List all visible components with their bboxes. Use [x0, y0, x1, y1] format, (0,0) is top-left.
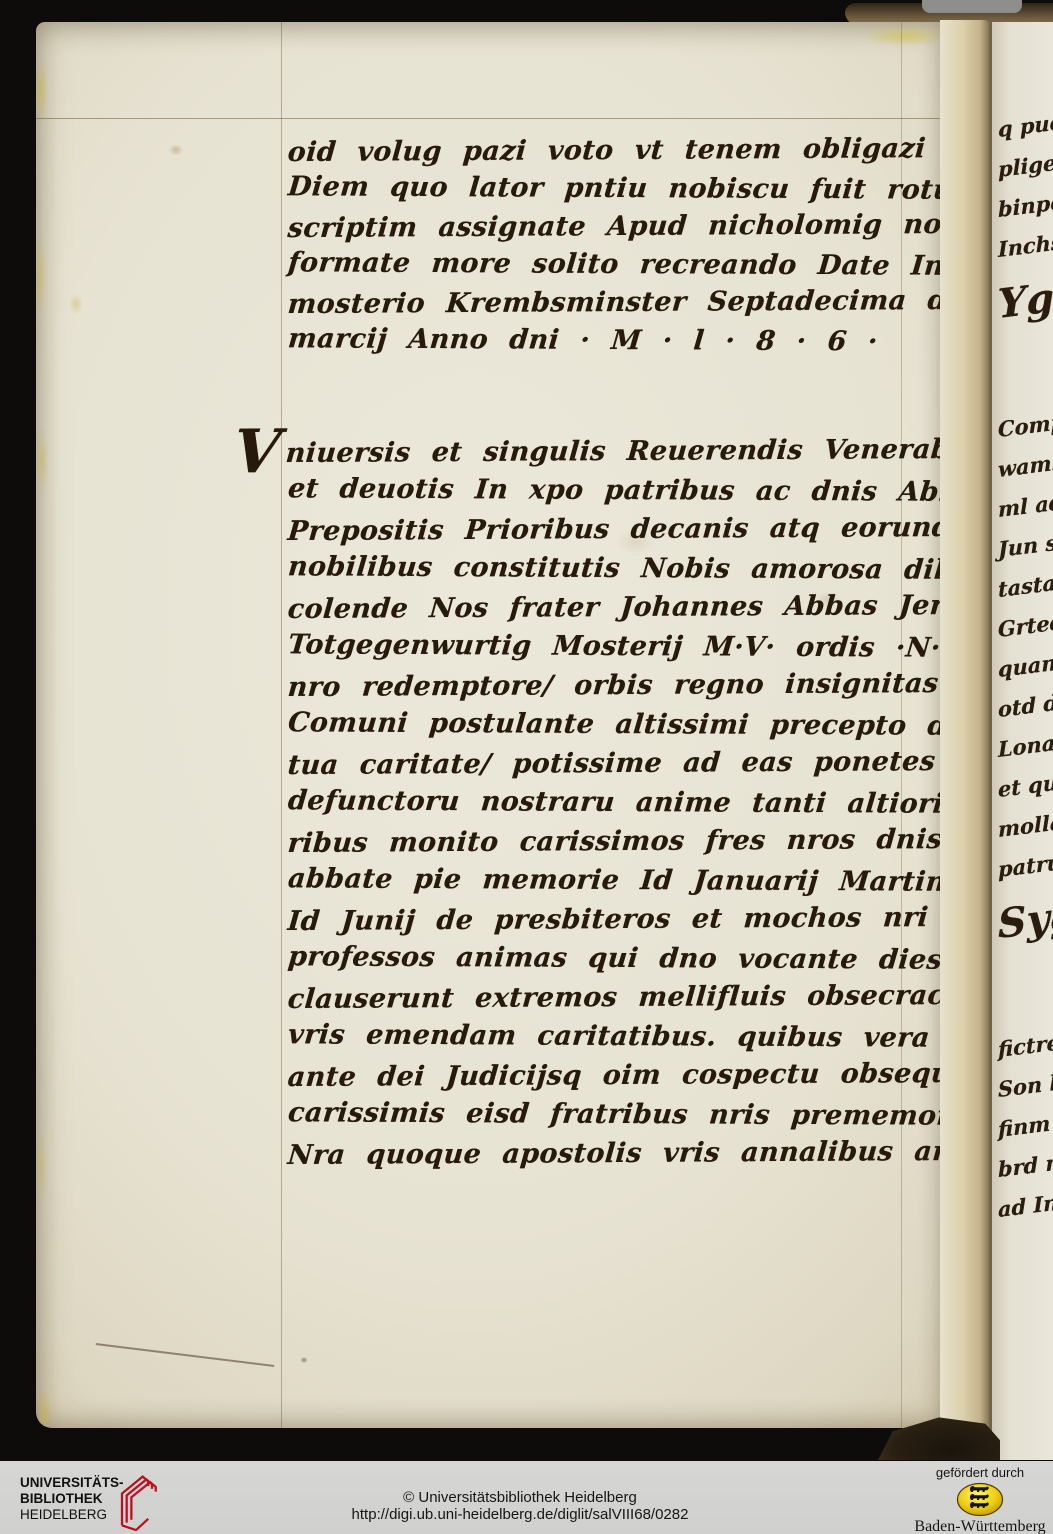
facing-page-text-fragment: Ygah — [997, 263, 1053, 350]
ruling-line-left-margin — [281, 22, 282, 1428]
manuscript-text-line: carissimis eisd fratribus nris prememora… — [286, 1093, 942, 1135]
manuscript-text-line: scriptim assignate Apud nicholomig notue — [286, 206, 942, 248]
manuscript-text-line: Nra quoque apostolis vris annalibus anno… — [286, 1132, 942, 1175]
facing-page-edge: q pue lard ppligende apbinpendl vInchsse… — [990, 22, 1053, 1460]
manuscript-text-line: professos animas qui dno vocante dies su… — [286, 937, 942, 979]
baden-wuerttemberg-crest-icon — [956, 1482, 1004, 1517]
manuscript-text-line: abbate pie memorie Id Januarij Martini H… — [286, 859, 942, 901]
manuscript-text-line: Id Junij de presbiteros et mochos nri mo… — [286, 898, 942, 941]
funder-name: Baden-Württemberg — [900, 1518, 1053, 1534]
copyright-line: © Universitätsbibliothek Heidelberg — [270, 1489, 770, 1506]
manuscript-text-line: nobilibus constitutis Nobis amorosa dile… — [286, 547, 942, 589]
facing-page-text-fragment: ad Inf nd — [997, 1183, 1053, 1230]
source-url: http://digi.ub.uni-heidelberg.de/diglit/… — [270, 1506, 770, 1523]
manuscript-text-line: nro redemptore/ orbis regno insignitas a… — [286, 664, 942, 707]
manuscript-main-paragraph: Vniuersis et singulis Reuerendis Venerab… — [288, 432, 942, 1173]
manuscript-text-line: oid volug pazi voto vt tenem obligazi · — [286, 130, 942, 172]
manuscript-text-line: marcij Anno dni · M · l · 8 · 6 · — [286, 320, 942, 361]
manuscript-text-line: Diem quo lator pntiu nobiscu fuit rotule — [286, 168, 942, 209]
manuscript-text-line: vris emendam caritatibus. quibus vera pi… — [286, 1015, 942, 1057]
manuscript-text-line: defunctoru nostraru anime tanti altioris… — [286, 781, 942, 823]
manuscript-text-line: ribus monito carissimos fres nros dnis F… — [286, 820, 942, 863]
library-books-logo-icon — [106, 1471, 168, 1531]
facing-page-text-fragment: Sygat — [997, 883, 1053, 970]
page-fore-edge — [940, 20, 990, 1448]
manuscript-text-line: Vniuersis et singulis Reuerendis Venerab… — [286, 430, 942, 473]
backdrop-cloth — [922, 0, 1022, 13]
manuscript-text-line: colende Nos frater Johannes Abbas Jeroni… — [286, 586, 942, 629]
manuscript-text-line: Totgegenwurtig Mosterij M·V· ordis ·N· I… — [286, 625, 942, 667]
ruling-line-top — [36, 118, 942, 119]
manuscript-text-line: clauserunt extremos mellifluis obsecraci… — [286, 976, 942, 1019]
manuscript-text-line: tua caritate/ potissime ad eas ponetes n… — [286, 742, 942, 785]
manuscript-text-line: Comuni postulante altissimi precepto deu… — [286, 703, 942, 745]
credit-block: © Universitätsbibliothek Heidelberg http… — [270, 1489, 770, 1523]
manuscript-closing-paragraph: oid volug pazi voto vt tenem obligazi ·D… — [288, 132, 942, 360]
manuscript-text-line: ante dei Judicijsq oim cospectu obsequij… — [286, 1054, 942, 1097]
manuscript-text-line: Prepositis Prioribus decanis atq eorunde… — [286, 508, 942, 551]
digitized-scan-viewport: oid volug pazi voto vt tenem obligazi ·D… — [0, 0, 1053, 1534]
funded-by-label: gefördert durch — [900, 1465, 1053, 1480]
manuscript-text-line: formate more solito recreando Date In nr… — [286, 244, 942, 285]
pen-scratch-mark — [96, 1343, 275, 1367]
funder-block: gefördert durch Baden-Württemberg — [900, 1465, 1053, 1534]
manuscript-text-line: et deuotis In xpo patribus ac dnis Abbat… — [286, 469, 942, 511]
footer-bar: UNIVERSITÄTS-BIBLIOTHEKHEIDELBERG © Univ… — [0, 1461, 1053, 1534]
manuscript-page: oid volug pazi voto vt tenem obligazi ·D… — [36, 22, 942, 1428]
manuscript-text-line: mosterio Krembsminster Septadecima die m… — [286, 282, 942, 324]
